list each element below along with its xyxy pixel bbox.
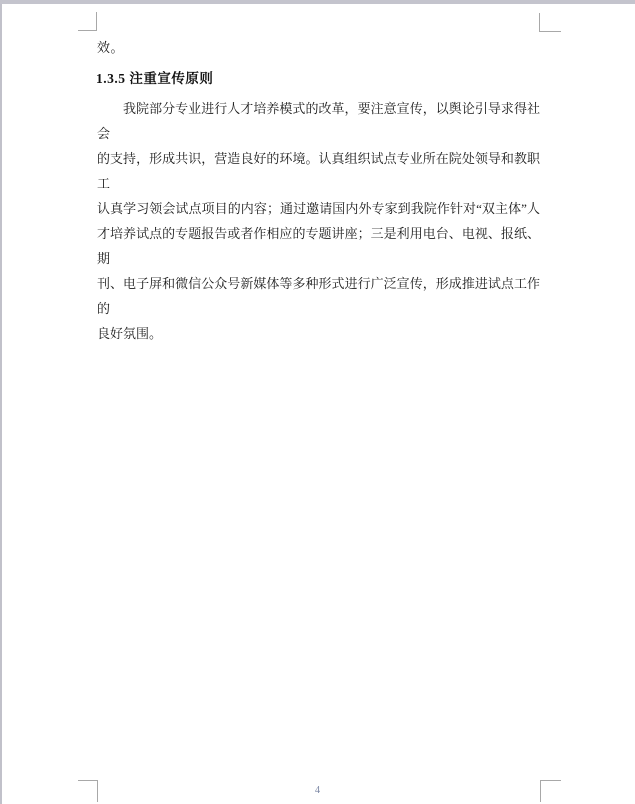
paragraph-line[interactable]: 刊、电子屏和微信公众号新媒体等多种形式进行广泛宣传，形成推进试点工作的: [97, 271, 540, 321]
page-number: 4: [0, 784, 635, 797]
paragraph-line[interactable]: 良好氛围。: [97, 321, 540, 346]
window-background-left-edge: [0, 4, 2, 804]
paragraph-line[interactable]: 认真学习领会试点项目的内容；通过邀请国内外专家到我院作针对“双主体”人: [97, 196, 540, 221]
paragraph-line[interactable]: 我院部分专业进行人才培养模式的改革，要注意宣传，以舆论引导求得社会: [97, 96, 540, 146]
paragraph-line[interactable]: 的支持，形成共识，营造良好的环境。认真组织试点专业所在院处领导和教职工: [97, 146, 540, 196]
paragraph-continuation-text[interactable]: 效。: [97, 40, 540, 56]
window-background-top-edge: [0, 0, 635, 4]
body-paragraph[interactable]: 我院部分专业进行人才培养模式的改革，要注意宣传，以舆论引导求得社会 的支持，形成…: [97, 96, 540, 346]
paragraph-line[interactable]: 才培养试点的专题报告或者作相应的专题讲座；三是利用电台、电视、报纸、期: [97, 221, 540, 271]
text-boundary-mark-top-right: [539, 13, 561, 32]
document-page: { "document": { "continuation_text": "效。…: [0, 0, 635, 804]
text-boundary-mark-top-left: [78, 12, 97, 31]
section-heading[interactable]: 1.3.5 注重宣传原则: [96, 70, 539, 87]
